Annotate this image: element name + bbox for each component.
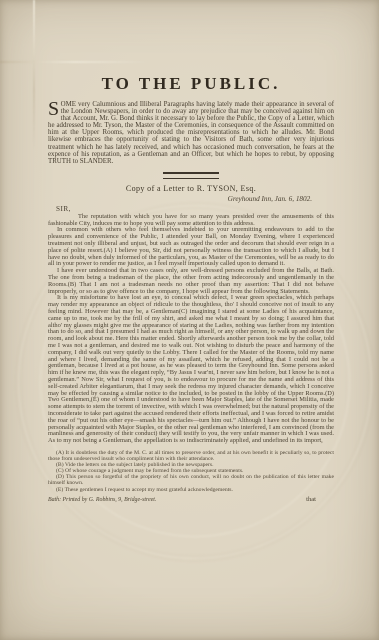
- printer-imprint: Bath: Printed by G. Robbins, 9, Bridge-s…: [48, 497, 156, 503]
- footnote: (D) This person so forgetful of the prop…: [48, 474, 334, 486]
- catchword: that: [306, 496, 334, 503]
- fold-crease-horizontal: [0, 61, 150, 63]
- letter-dateline: Greyhound Inn, Jan. 6, 1802.: [48, 195, 334, 203]
- document-page: TO THE PUBLIC. SOME very Calumnious and …: [0, 0, 379, 640]
- footnotes-block: (A) It is doubtless the duty of the M. C…: [48, 450, 334, 493]
- intro-text: OME very Calumnious and Illiberal Paragr…: [48, 101, 334, 165]
- letter-salutation: SIR,: [48, 205, 334, 213]
- section-divider: [163, 172, 219, 179]
- letter-paragraph: I have ever understood that in two cases…: [48, 268, 334, 295]
- letter-paragraph: In common with others who feel themselve…: [48, 227, 334, 268]
- intro-paragraph: SOME very Calumnious and Illiberal Parag…: [48, 101, 334, 165]
- fold-crease-vertical: [33, 0, 35, 150]
- footnote: (E) These gentlemen I request to accept …: [48, 487, 334, 493]
- footnote: (A) It is doubtless the duty of the M. C…: [48, 450, 334, 462]
- drop-cap: S: [48, 101, 61, 117]
- letter-paragraph: The reputation with which you have for s…: [48, 214, 334, 228]
- page-title: TO THE PUBLIC.: [48, 74, 334, 94]
- page-content: TO THE PUBLIC. SOME very Calumnious and …: [48, 74, 334, 503]
- letter-heading: Copy of a Letter to R. TYSON, Esq.: [48, 184, 334, 193]
- imprint-row: Bath: Printed by G. Robbins, 9, Bridge-s…: [48, 496, 334, 503]
- letter-paragraph: It is my misfortune to have lost an eye,…: [48, 295, 334, 445]
